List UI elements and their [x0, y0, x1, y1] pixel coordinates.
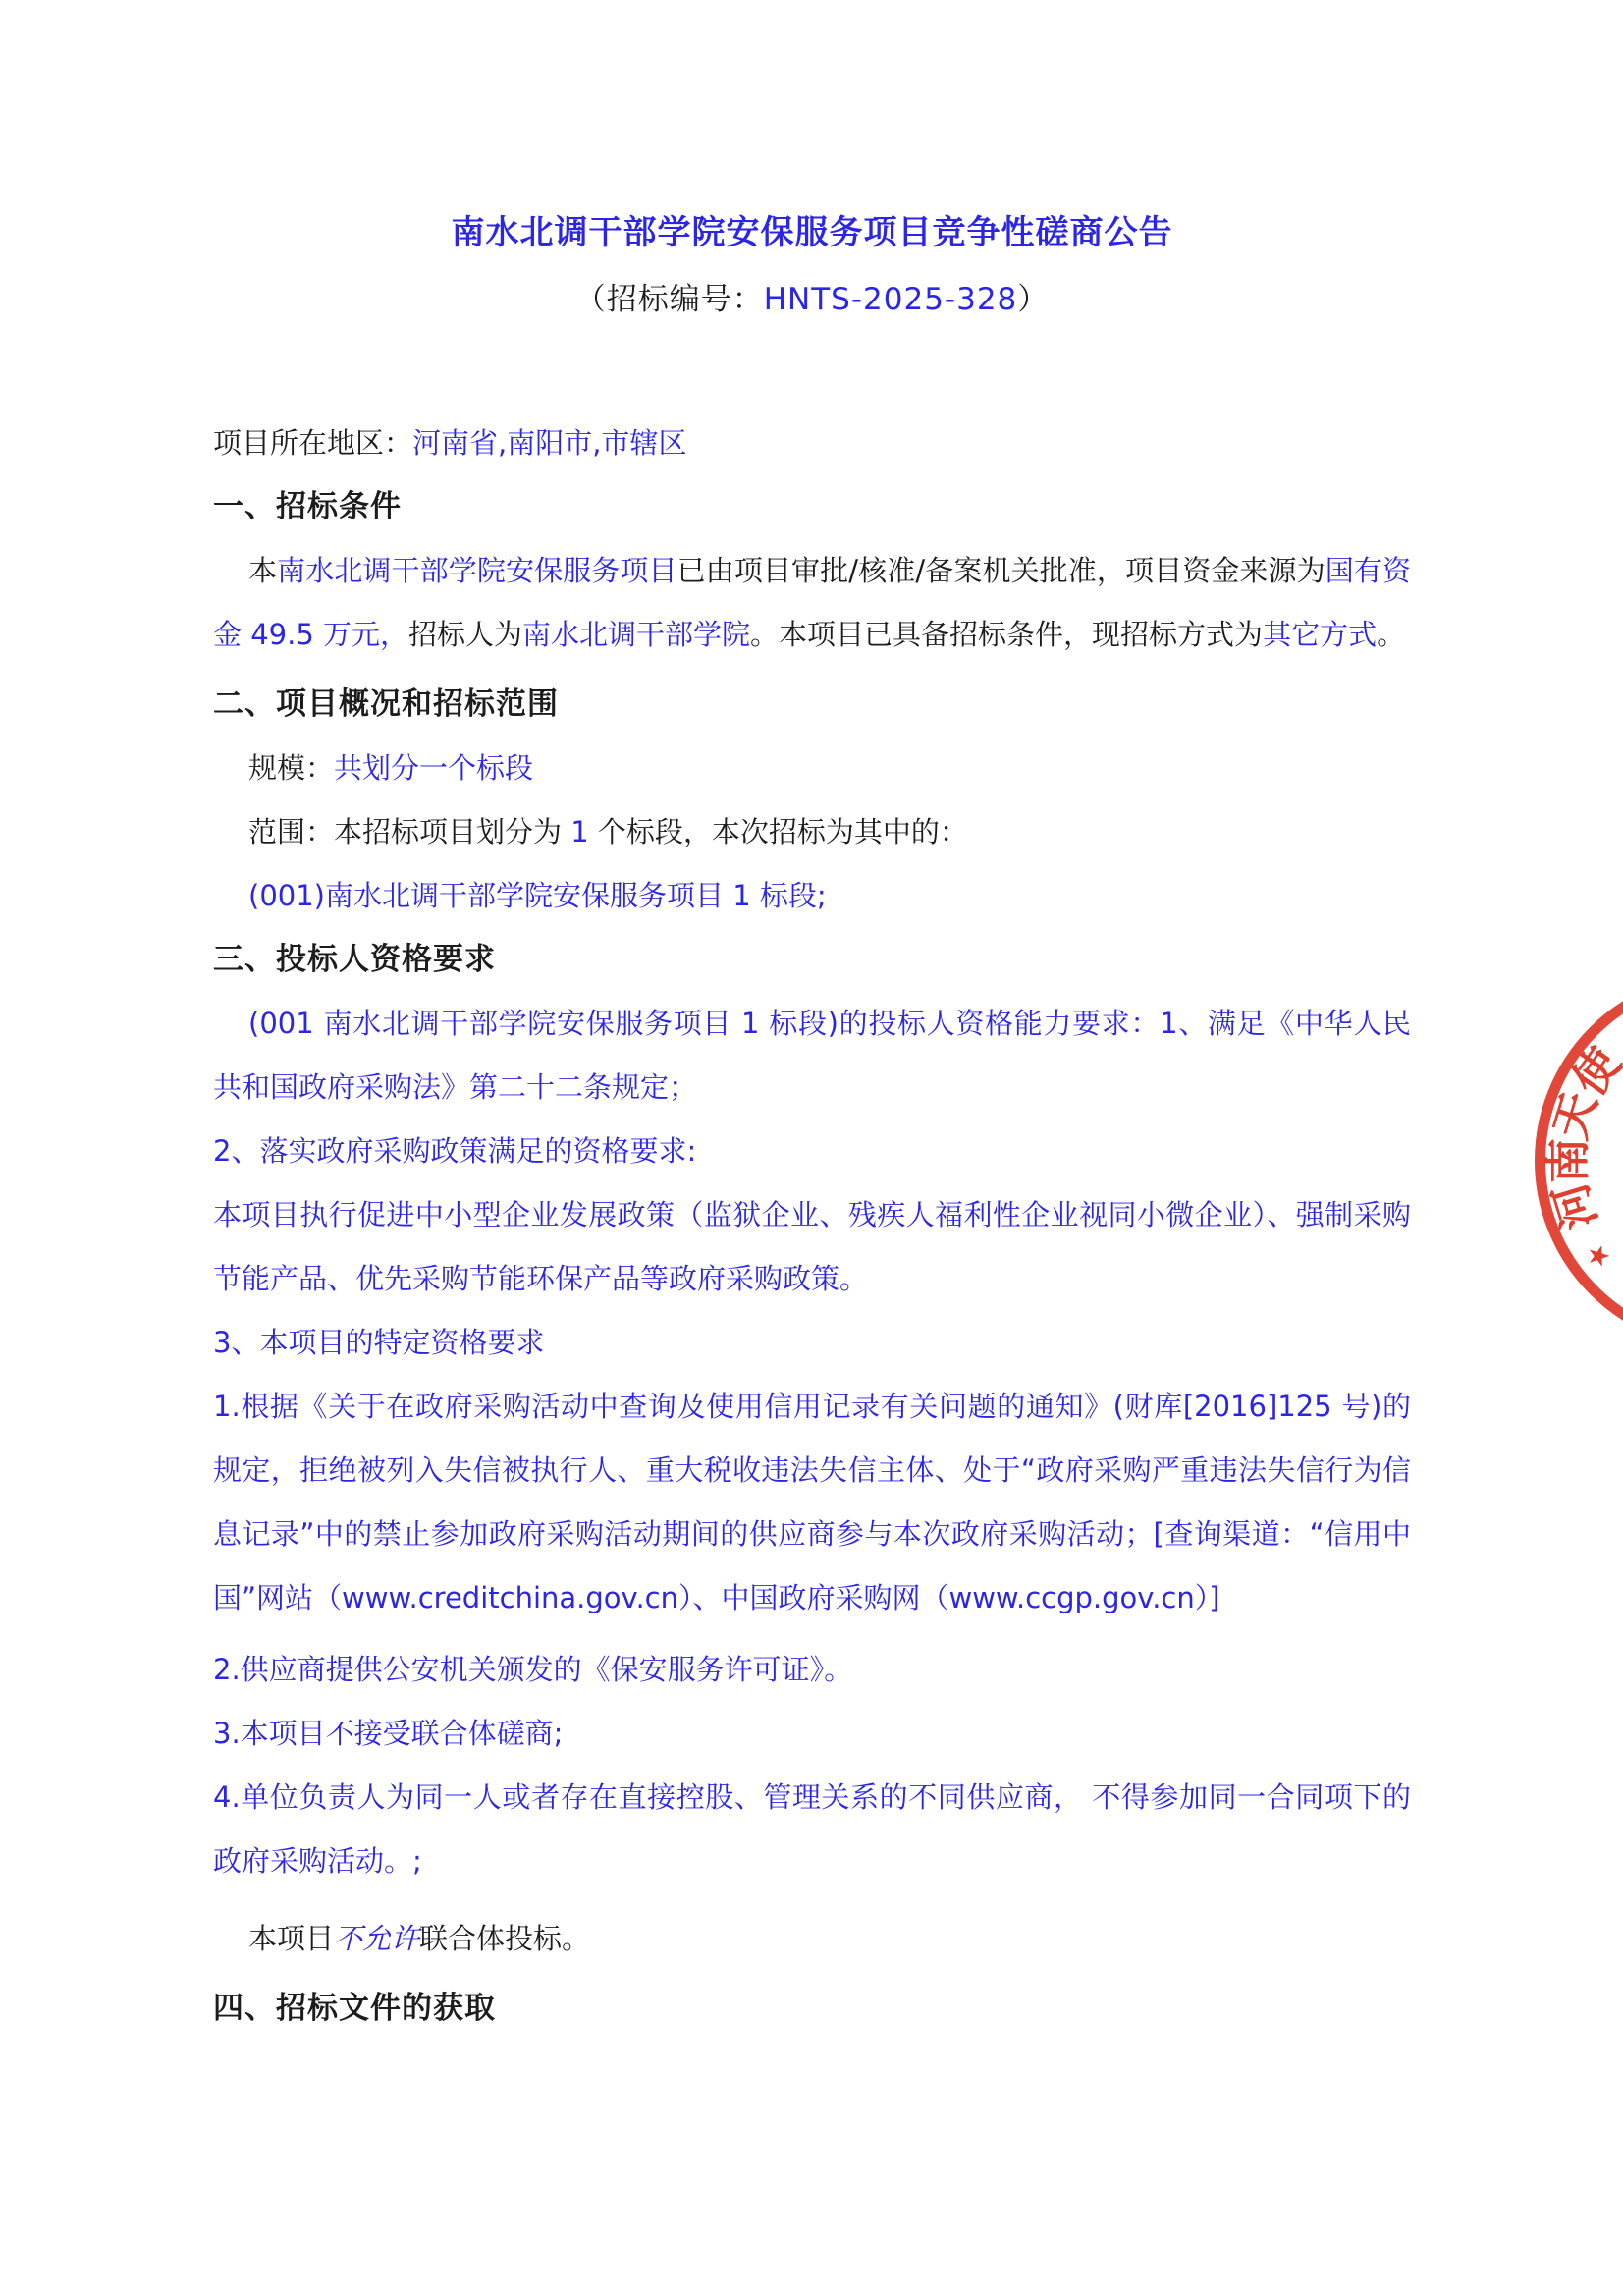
scope-line: 范围：本招标项目划分为 1 个标段，本次招标为其中的： [213, 800, 1411, 864]
seal-star-icon: ★ [1575, 1232, 1622, 1280]
lot-line: (001)南水北调干部学院安保服务项目 1 标段; [213, 864, 1411, 928]
text-segment: 。本项目已具备招标条件，现招标方式为 [750, 618, 1263, 651]
section3-heading: 三、投标人资格要求 [213, 928, 1411, 992]
section2-heading: 二、项目概况和招标范围 [213, 673, 1411, 737]
tenderee-name: 南水北调干部学院 [522, 618, 750, 651]
location-label: 项目所在地区： [213, 426, 412, 460]
section1-heading: 一、招标条件 [213, 475, 1411, 539]
document-title: 南水北调干部学院安保服务项目竞争性磋商公告 [213, 209, 1411, 256]
section4-heading: 四、招标文件的获取 [213, 1977, 1411, 2041]
seal-character: 天 [1544, 1085, 1605, 1146]
seal-character: 河 [1544, 1175, 1605, 1236]
qualification-paragraph-5: 1.根据《关于在政府采购活动中查询及使用信用记录有关问题的通知》(财库[2016… [213, 1375, 1411, 1630]
qualification-paragraph-8: 4.单位负责人为同一人或者存在直接控股、管理关系的不同供应商， 不得参加同一合同… [213, 1766, 1411, 1893]
bid-code: HNTS-2025-328 [764, 282, 1018, 317]
scope-rest: 个标段，本次招标为其中的： [589, 815, 968, 848]
qualification-paragraph-3: 本项目执行促进中小型企业发展政策（监狱企业、残疾人福利性企业视同小微企业）、强制… [213, 1183, 1411, 1311]
project-location-line: 项目所在地区：河南省,南阳市,市辖区 [213, 411, 1411, 475]
qualification-paragraph-6: 2.供应商提供公安机关颁发的《保安服务许可证》。 [213, 1638, 1411, 1702]
scale-line: 规模：共划分一个标段 [213, 737, 1411, 800]
announcement-document: 南水北调干部学院安保服务项目竞争性磋商公告 （招标编号：HNTS-2025-32… [213, 0, 1411, 2041]
scale-label: 规模： [248, 751, 334, 785]
lot-count: 1 [570, 815, 588, 848]
text-segment: 本 [248, 554, 277, 587]
section1-paragraph: 本南水北调干部学院安保服务项目已由项目审批/核准/备案机关批准，项目资金来源为国… [213, 539, 1411, 667]
text-segment: 本项目 [248, 1922, 334, 1955]
project-name: 南水北调干部学院安保服务项目 [277, 554, 677, 587]
tender-method: 其它方式 [1263, 618, 1377, 651]
not-allowed-emphasis: 不允许 [334, 1922, 419, 1955]
seal-ring [1535, 972, 1623, 1349]
qualification-paragraph-2: 2、落实政府采购政策满足的资格要求: [213, 1120, 1411, 1183]
text-segment: 。 [1377, 618, 1405, 651]
seal-character: 南 [1543, 1136, 1593, 1185]
document-subtitle: （招标编号：HNTS-2025-328） [213, 278, 1411, 321]
text-segment: 联合体投标。 [419, 1922, 590, 1955]
bid-code-prefix: （招标编号： [575, 282, 764, 317]
qualification-paragraph-7: 3.本项目不接受联合体磋商; [213, 1702, 1411, 1766]
scope-label: 范围：本招标项目划分为 [248, 815, 570, 848]
consortium-line: 本项目不允许联合体投标。 [213, 1907, 1411, 1971]
qualification-paragraph-1: (001 南水北调干部学院安保服务项目 1 标段)的投标人资格能力要求：1、满足… [213, 992, 1411, 1120]
text-segment: 已由项目审批/核准/备案机关批准，项目资金来源为 [677, 554, 1325, 587]
text-segment: 招标人为 [408, 618, 522, 651]
bid-code-suffix: ） [1017, 282, 1049, 317]
qualification-paragraph-4: 3、本项目的特定资格要求 [213, 1311, 1411, 1375]
red-seal-stamp: 使 天 南 河 ★ [1535, 972, 1623, 1349]
scale-value: 共划分一个标段 [334, 751, 533, 785]
seal-character: 使 [1562, 1037, 1623, 1106]
location-value: 河南省,南阳市,市辖区 [412, 426, 686, 460]
